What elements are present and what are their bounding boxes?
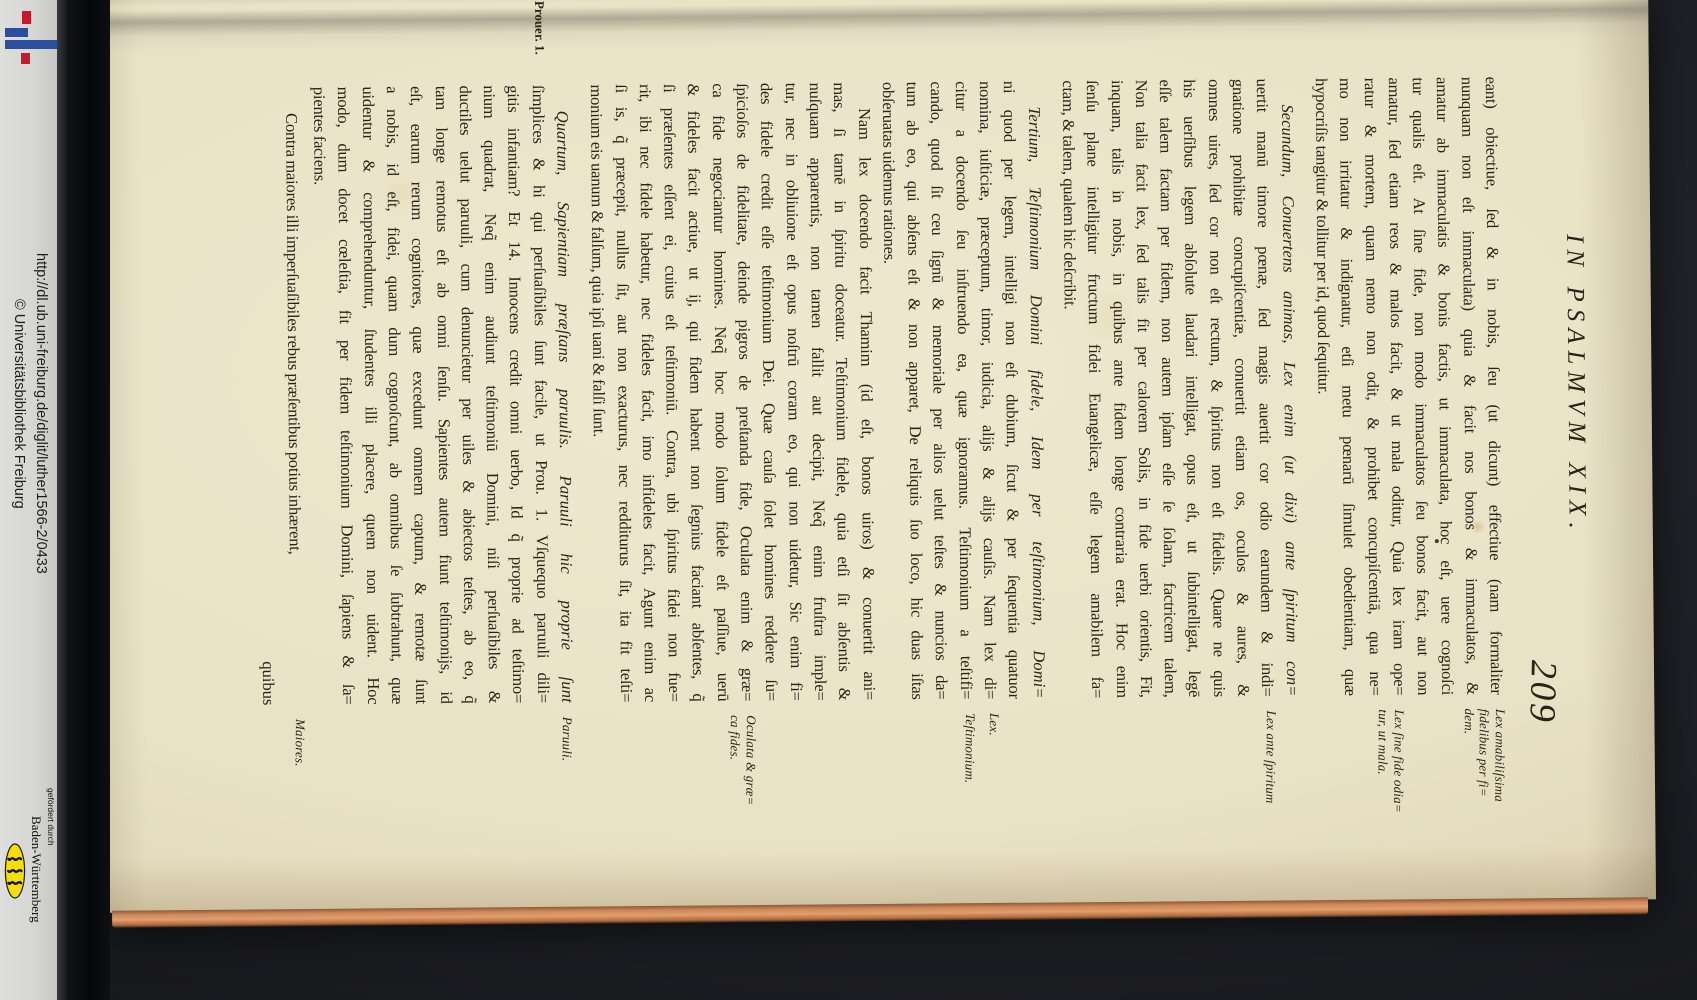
margin-note: Teſtimonium. [961, 713, 978, 899]
margin-note: Lex. [985, 713, 1002, 899]
margin-note: Paruuli. [558, 717, 575, 903]
margin-note-line: Lex. [985, 713, 1002, 899]
scan-gutter [57, 0, 110, 1000]
margin-note: Lex amabiliſsimafidelibus per fi=dem. [1460, 709, 1508, 895]
scan-background: IN PSALMVM XIX. 209 eant) obiectiue, ſed… [110, 0, 1697, 1000]
page-content: IN PSALMVM XIX. 209 eant) obiectiue, ſed… [110, 0, 1656, 913]
ub-freiburg-logo-icon [0, 0, 57, 70]
logo-red-mark [21, 53, 30, 64]
source-url: http://dl.ub.uni-freiburg.de/diglit/luth… [30, 253, 52, 723]
digitized-page-view: http://dl.ub.uni-freiburg.de/diglit/luth… [0, 0, 1697, 1000]
margin-note-line: ca fides. [726, 715, 743, 901]
margin-note-line: Lex amabiliſsima [1491, 709, 1508, 895]
margin-note-line: Paruuli. [558, 717, 575, 903]
logo-blue-bar-short [5, 28, 28, 37]
page-number: 209 [1520, 660, 1565, 726]
funding-state-label: Baden-Württemberg [28, 816, 44, 996]
body-text: eant) obiectiue, ſed & in nobis, ſeu (ut… [278, 77, 1508, 706]
margin-note-line: Oculata & græ= [742, 715, 759, 901]
library-sidebar: http://dl.ub.uni-freiburg.de/diglit/luth… [0, 0, 57, 1000]
margin-note-line: Lex ante ſpiritum [1262, 711, 1279, 897]
text-line: Tertium, Teſtimonium Domini fidele, Idem… [1021, 81, 1051, 699]
catchword: quibus [253, 87, 278, 705]
running-header: IN PSALMVM XIX. [1559, 76, 1592, 694]
text-line: Secundum, Conuertens animas, Lex enim (u… [1274, 78, 1304, 696]
margin-note: Lex ſine fide odia=tur, ut mala. [1374, 709, 1407, 895]
margin-note-line: Maiores. [290, 719, 307, 905]
margin-note-line: tur, ut mala. [1374, 709, 1391, 895]
margin-note-line: dem. [1460, 709, 1477, 895]
margin-note-left: Prouer. 1. [532, 1, 548, 81]
logo-red-mark [22, 11, 31, 24]
margin-note-line: Lex ſine fide odia= [1390, 710, 1407, 896]
margin-note-line: Teſtimonium. [961, 713, 978, 899]
copyright-notice: © Universitätsbibliothek Freiburg [8, 253, 30, 723]
margin-note: Lex ante ſpiritum [1262, 711, 1279, 897]
funding-label: gefördert durch [46, 788, 56, 996]
baden-wuerttemberg-coat-of-arms-icon [4, 842, 26, 900]
margin-note: Maiores. [290, 719, 307, 905]
margin-note: Oculata & græ=ca fides. [726, 715, 759, 901]
funding-credit: gefördert durch Baden-Württemberg [4, 786, 56, 996]
margin-note-line: fidelibus per fi= [1475, 709, 1492, 895]
logo-blue-bar-long [5, 40, 57, 49]
book-page: IN PSALMVM XIX. 209 eant) obiectiue, ſed… [110, 0, 1656, 913]
text-line: Contra maiores illi imperſuaſibiles rebu… [278, 87, 308, 705]
sidebar-text: http://dl.ub.uni-freiburg.de/diglit/luth… [8, 253, 51, 723]
